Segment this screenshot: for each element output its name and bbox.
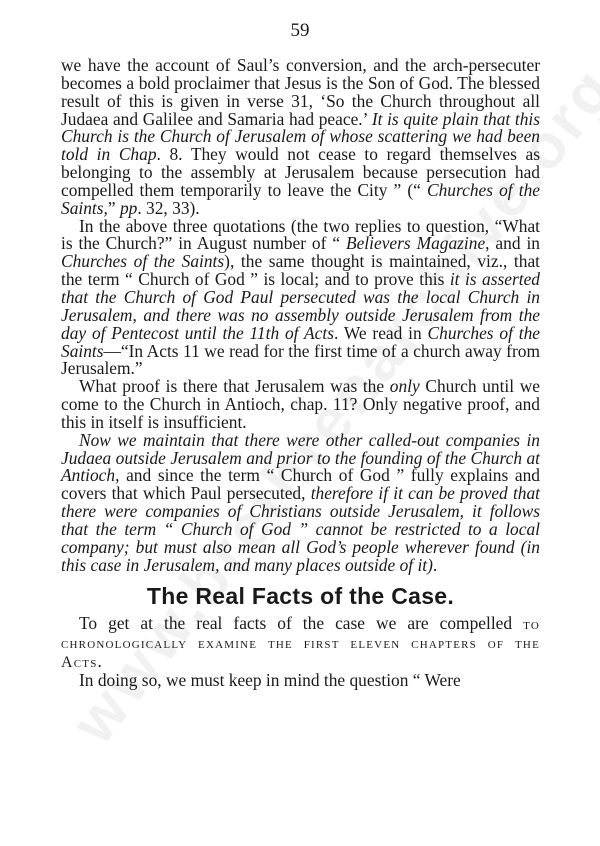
section-heading: The Real Facts of the Case.: [61, 583, 540, 609]
paragraph-text: .: [433, 555, 437, 575]
page-number: 59: [0, 20, 600, 42]
paragraph-text: To get at the real facts of the case we …: [79, 613, 523, 633]
paragraph-text: —“In Acts 11 we read for the first time …: [61, 341, 540, 379]
page-body: we have the account of Saul’s conversion…: [61, 57, 540, 690]
paragraph-text: .: [98, 651, 102, 671]
paragraph: In doing so, we must keep in mind the qu…: [61, 672, 540, 690]
paragraph: In the above three quotations (the two r…: [61, 218, 540, 379]
paragraph: we have the account of Saul’s conversion…: [61, 57, 540, 218]
document-page: www.brethrenarchive.org 59 we have the a…: [0, 0, 600, 846]
paragraph: To get at the real facts of the case we …: [61, 615, 540, 672]
paragraph: What proof is there that Jerusalem was t…: [61, 378, 540, 432]
paragraph: Now we maintain that there were other ca…: [61, 432, 540, 575]
